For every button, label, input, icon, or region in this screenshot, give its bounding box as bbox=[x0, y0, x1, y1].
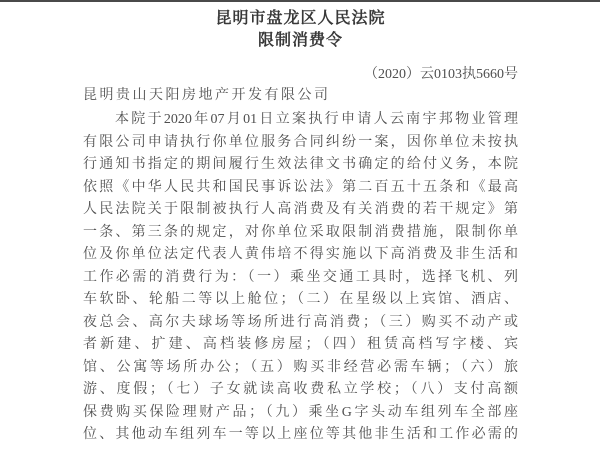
top-border-bar bbox=[0, 0, 600, 2]
body-line: 夜总会、高尔夫球场等场所进行高消费；（三）购买不动产或 bbox=[83, 312, 518, 335]
court-name: 昆明市盘龙区人民法院 bbox=[83, 8, 518, 30]
addressee-company-name: 昆明贵山天阳房地产开发有限公司 bbox=[83, 86, 518, 106]
body-line: 游、度假；（七）子女就读高收费私立学校；（八）支付高额 bbox=[83, 379, 518, 402]
document-page: 昆明市盘龙区人民法院 限制消费令 （2020）云0103执5660号 昆明贵山天… bbox=[0, 0, 600, 450]
court-order-document: 昆明市盘龙区人民法院 限制消费令 （2020）云0103执5660号 昆明贵山天… bbox=[0, 0, 600, 447]
body-line: 工作必需的消费行为：（一）乘坐交通工具时，选择飞机、列 bbox=[83, 267, 518, 290]
body-line: 人民法院关于限制被执行人高消费及有关消费的若干规定》第 bbox=[83, 199, 518, 222]
case-number: （2020）云0103执5660号 bbox=[83, 66, 518, 84]
order-body-paragraph: 本院于2020年07月01日立案执行申请人云南宇邦物业管理有限公司申请执行你单位… bbox=[83, 109, 518, 447]
body-line: 一条、第三条的规定，对你单位采取限制消费措施，限制你单 bbox=[83, 222, 518, 245]
body-line: 车软卧、轮船二等以上舱位；（二）在星级以上宾馆、酒店、 bbox=[83, 289, 518, 312]
body-line: 行通知书指定的期间履行生效法律文书确定的给付义务，本院 bbox=[83, 154, 518, 177]
document-title: 限制消费令 bbox=[83, 30, 518, 52]
body-line: 保费购买保险理财产品；（九）乘坐G字头动车组列车全部座 bbox=[83, 402, 518, 425]
body-line: 位、其他动车组列车一等以上座位等其他非生活和工作必需的 bbox=[83, 424, 518, 447]
body-line: 有限公司申请执行你单位服务合同纠纷一案，因你单位未按执 bbox=[83, 132, 518, 155]
body-line: 依照《中华人民共和国民事诉讼法》第二百五十五条和《最高 bbox=[83, 177, 518, 200]
body-line: 者新建、扩建、高档装修房屋；（四）租赁高档写字楼、宾 bbox=[83, 334, 518, 357]
body-line: 位及你单位法定代表人黄伟培不得实施以下高消费及非生活和 bbox=[83, 244, 518, 267]
body-line: 馆、公寓等场所办公；（五）购买非经营必需车辆；（六）旅 bbox=[83, 357, 518, 380]
body-line: 本院于2020年07月01日立案执行申请人云南宇邦物业管理 bbox=[83, 109, 518, 132]
